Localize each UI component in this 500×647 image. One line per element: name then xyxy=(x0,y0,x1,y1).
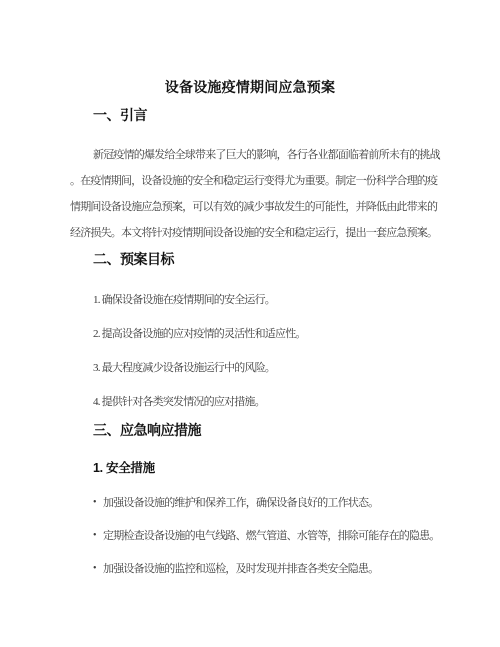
bullet-icon: • xyxy=(93,494,103,512)
bullet-text: 加强设备设施的监控和巡检，及时发现并排查各类安全隐患。 xyxy=(103,560,378,578)
list-item: 3. 最大程度减少设备设施运行中的风险。 xyxy=(93,359,500,377)
list-item: • 定期检查设备设施的电气线路、燃气管道、水管等，排除可能存在的隐患。 xyxy=(93,527,500,545)
list-item: • 加强设备设施的监控和巡检，及时发现并排查各类安全隐患。 xyxy=(93,560,500,578)
document-title: 设备设施疫情期间应急预案 xyxy=(0,78,500,96)
paragraph-line: 经济损失。本文将针对疫情期间设备设施的安全和稳定运行，提出一套应急预案。 xyxy=(70,220,500,246)
bullet-text: 加强设备设施的维护和保养工作，确保设备良好的工作状态。 xyxy=(103,494,378,512)
document-page: 设备设施疫情期间应急预案 一、引言 新冠疫情的爆发给全球带来了巨大的影响，各行各… xyxy=(0,0,500,647)
paragraph-line: 。在疫情期间，设备设施的安全和稳定运行变得尤为重要。制定一份科学合理的疫 xyxy=(70,168,500,194)
bullet-icon: • xyxy=(93,527,103,545)
safety-measures-list: • 加强设备设施的维护和保养工作，确保设备良好的工作状态。 • 定期检查设备设施… xyxy=(93,494,500,578)
list-item: 4. 提供针对各类突发情况的应对措施。 xyxy=(93,393,500,411)
paragraph-line: 情期间设备设施应急预案，可以有效的减少事故发生的可能性，并降低由此带来的 xyxy=(70,194,500,220)
section-heading-intro: 一、引言 xyxy=(93,106,500,124)
objectives-list: 1. 确保设备设施在疫情期间的安全运行。 2. 提高设备设施的应对疫情的灵活性和… xyxy=(93,291,500,411)
list-item: 1. 确保设备设施在疫情期间的安全运行。 xyxy=(93,291,500,309)
bullet-icon: • xyxy=(93,560,103,578)
section-heading-response: 三、应急响应措施 xyxy=(93,421,500,439)
paragraph-line: 新冠疫情的爆发给全球带来了巨大的影响，各行各业都面临着前所未有的挑战 xyxy=(70,142,500,168)
intro-paragraph: 新冠疫情的爆发给全球带来了巨大的影响，各行各业都面临着前所未有的挑战 。在疫情期… xyxy=(70,142,500,246)
bullet-text: 定期检查设备设施的电气线路、燃气管道、水管等，排除可能存在的隐患。 xyxy=(103,527,440,545)
section-heading-objectives: 二、预案目标 xyxy=(93,250,500,268)
list-item: 2. 提高设备设施的应对疫情的灵活性和适应性。 xyxy=(93,325,500,343)
list-item: • 加强设备设施的维护和保养工作，确保设备良好的工作状态。 xyxy=(93,494,500,512)
subsection-heading-safety: 1. 安全措施 xyxy=(93,460,500,476)
